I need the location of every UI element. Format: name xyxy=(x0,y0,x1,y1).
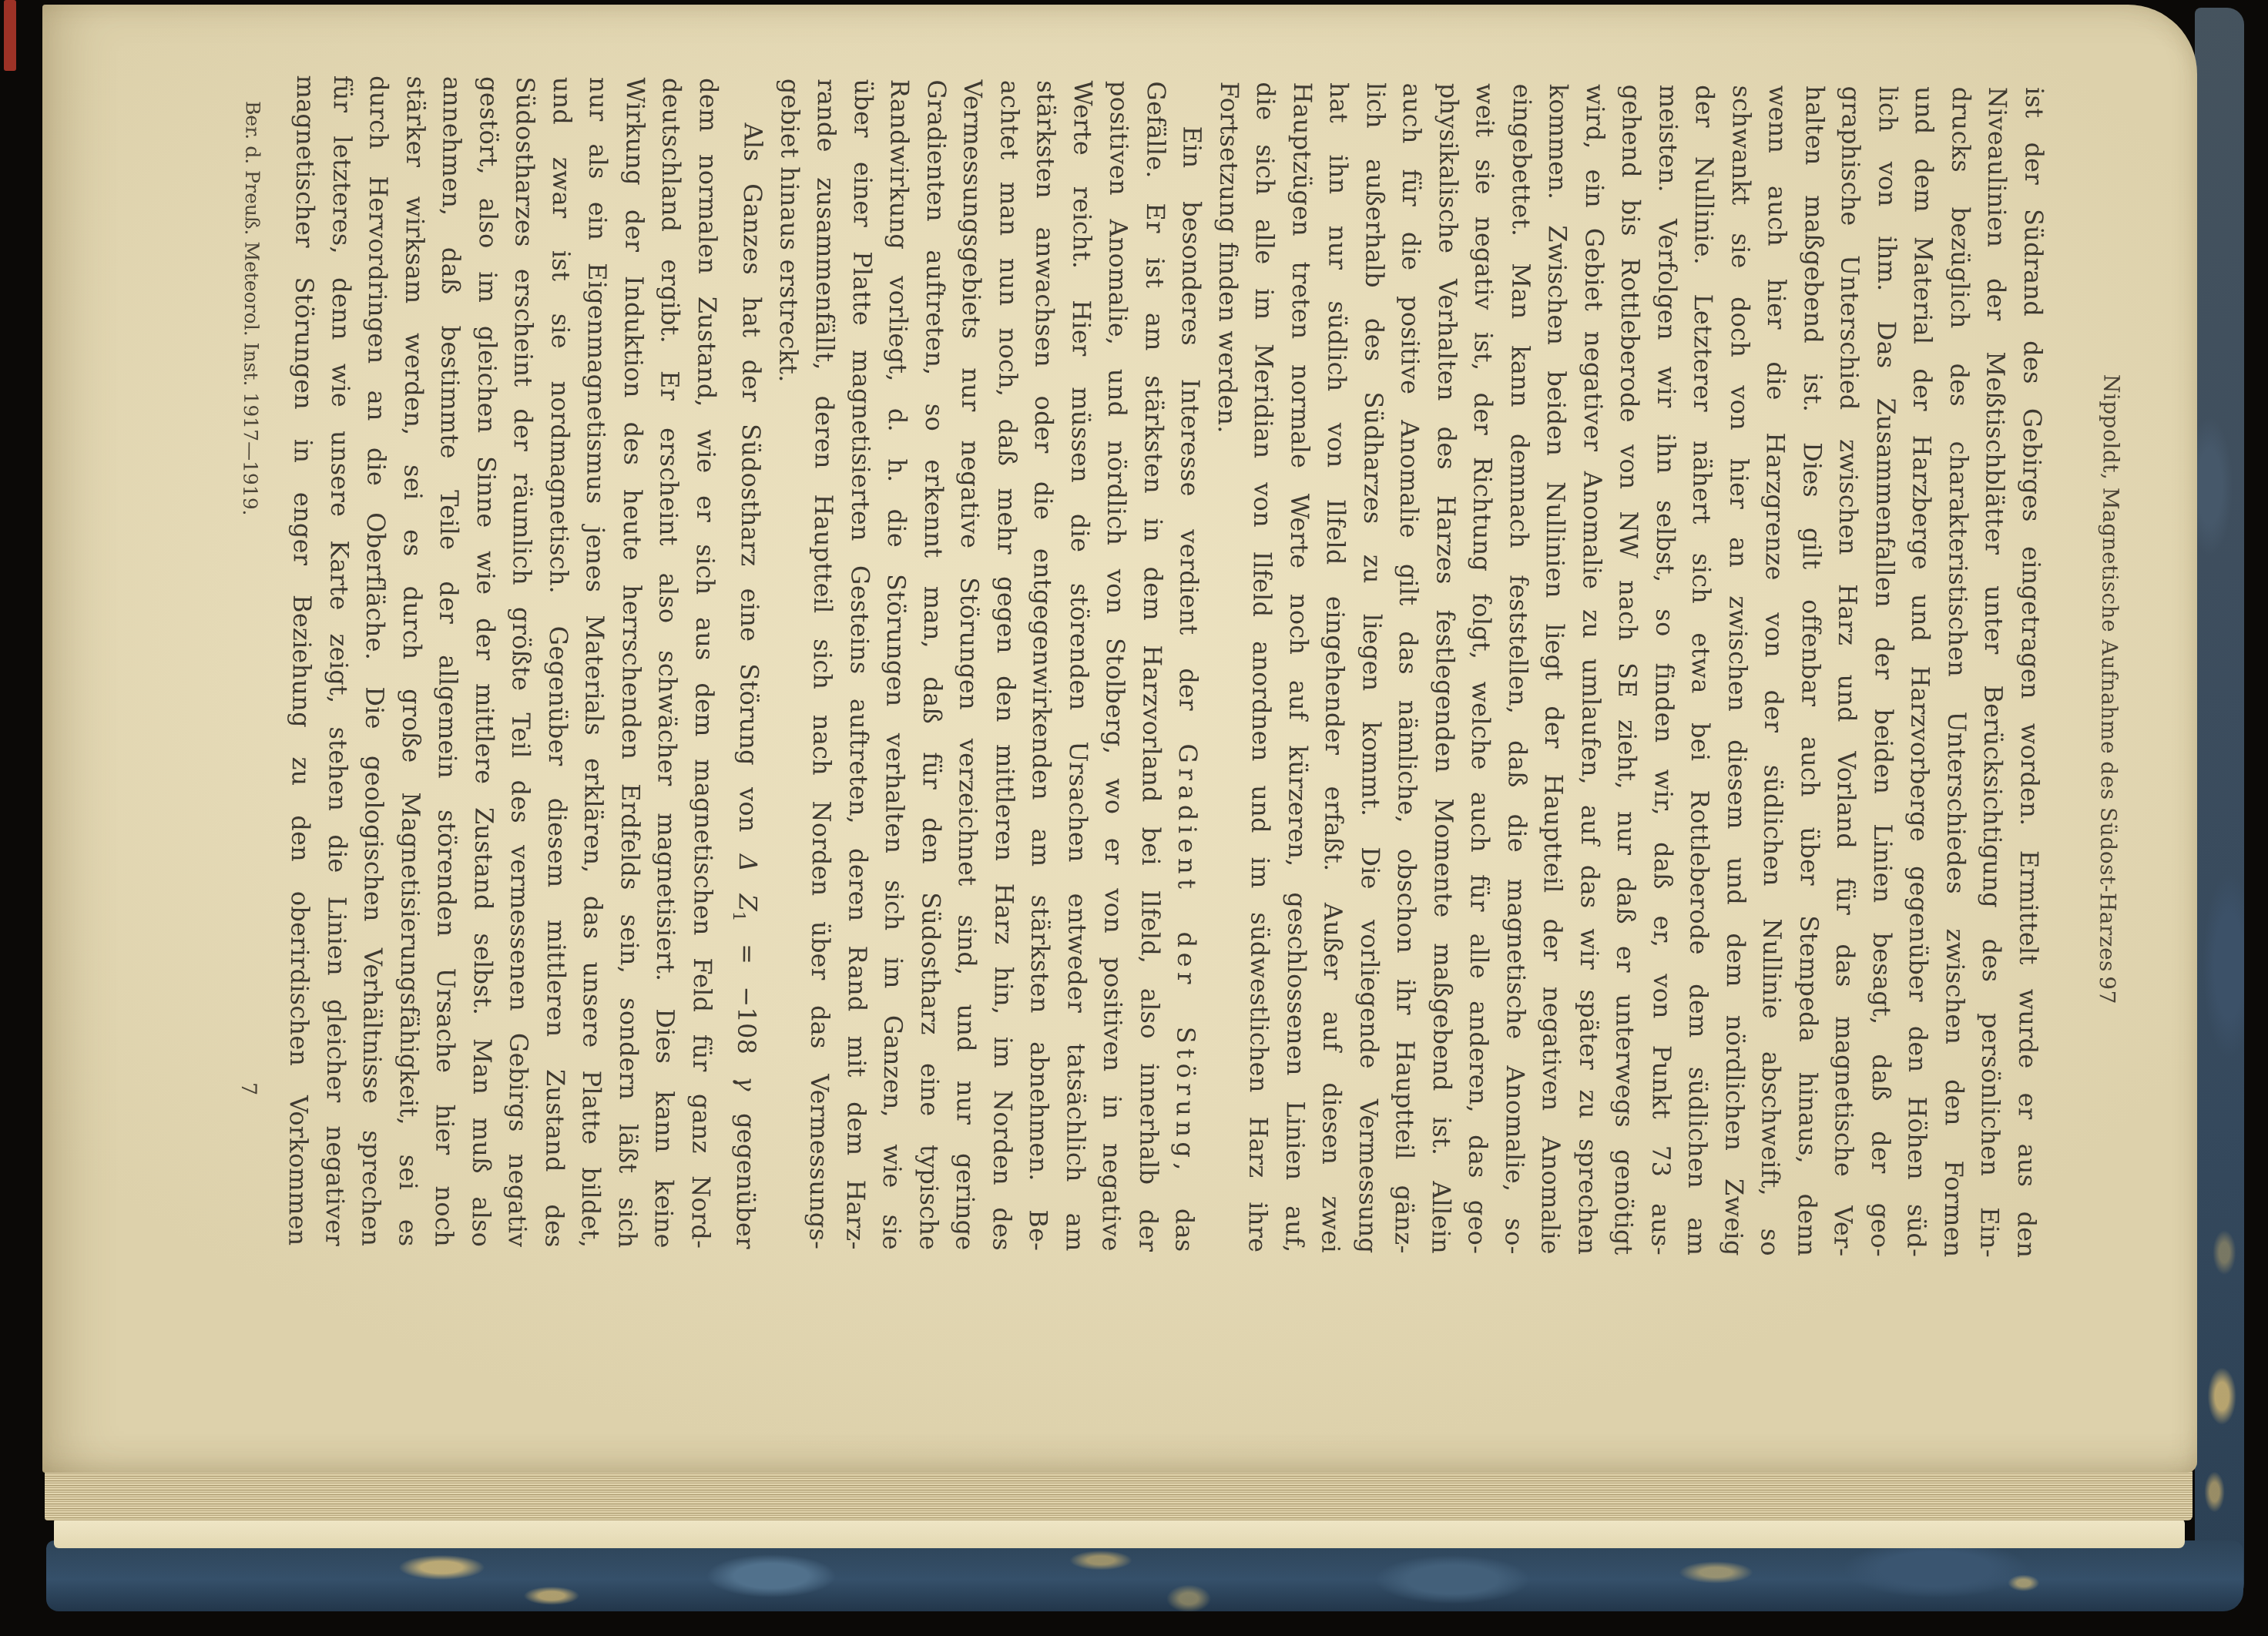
page-footer: Ber. d. Preuß. Meteorol. Inst. 1917—1919… xyxy=(226,75,269,1245)
marbled-board-right xyxy=(2195,8,2244,1604)
running-head: Nippoldt, Magnetische Aufnahme des Südos… xyxy=(2079,88,2126,1259)
under-leaf xyxy=(54,1519,2185,1548)
imprint: Ber. d. Preuß. Meteorol. Inst. 1917—1919… xyxy=(239,101,264,516)
page-edge-stack xyxy=(45,1470,2193,1520)
marbled-board-bottom xyxy=(46,1540,2243,1611)
running-head-title: Nippoldt, Magnetische Aufnahme des Südos… xyxy=(2095,374,2124,972)
body-text: ist der Südrand des Gebirges eingetragen… xyxy=(279,75,2052,1258)
page-content: Nippoldt, Magnetische Aufnahme des Südos… xyxy=(226,75,2126,1259)
page-number: 97 xyxy=(2095,976,2120,1004)
cover-red-mark xyxy=(4,0,16,71)
book-page: Nippoldt, Magnetische Aufnahme des Südos… xyxy=(42,5,2197,1473)
signature-mark: 7 xyxy=(236,1082,260,1095)
text-line: Als Ganzes hat der Südostharz eine Störu… xyxy=(718,78,772,1249)
text-line: ist der Südrand des Gebirges eingetragen… xyxy=(2008,87,2052,1258)
book-photo: Nippoldt, Magnetische Aufnahme des Südos… xyxy=(0,0,2268,1636)
